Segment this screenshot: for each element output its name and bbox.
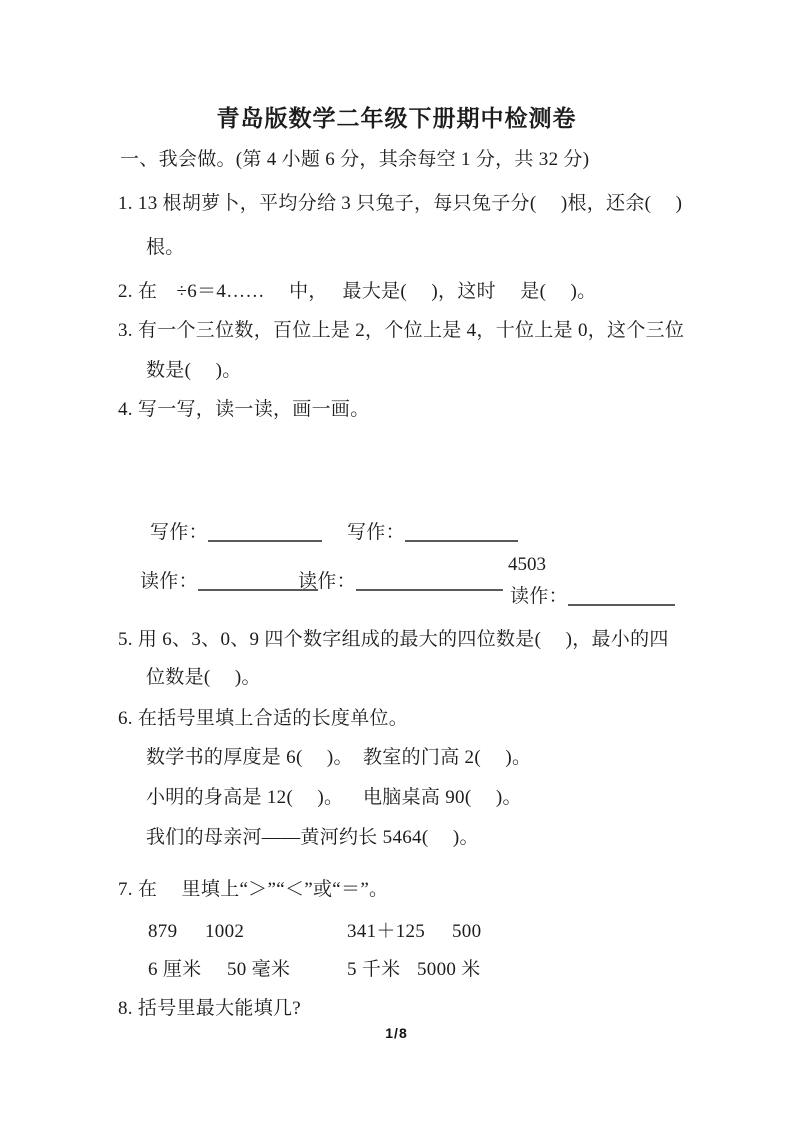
q7-compare-1002: 1002 [205,920,244,944]
q6-item-door: 教室的门高 2( )。 [363,746,531,770]
q4-write-label-2: 写作： [347,522,405,543]
q6-prompt: 6. 在括号里填上合适的长度单位。 [118,707,408,731]
q1-line2: 根。 [146,236,185,260]
q6-item-river: 我们的母亲河——黄河约长 5464( )。 [146,826,479,850]
q4-read-blank-3 [568,603,675,606]
exam-page: 青岛版数学二年级下册期中检测卷 一、我会做。(第 4 小题 6 分，其余每空 1… [0,0,793,1122]
q4-read-row-3: 读作： [510,585,675,609]
q1-line1: 1. 13 根胡萝卜，平均分给 3 只兔子，每只兔子分( )根，还余( ) [118,192,682,216]
page-title: 青岛版数学二年级下册期中检测卷 [0,100,793,133]
section-1-heading: 一、我会做。(第 4 小题 6 分，其余每空 1 分，共 32 分) [120,148,589,172]
page-number: 1/8 [0,1025,793,1041]
q4-write-label-1: 写作： [150,522,208,543]
q4-number-4503: 4503 [508,553,546,577]
q8-prompt: 8. 括号里最大能填几? [118,997,301,1021]
q7-compare-5km: 5 千米 [347,958,400,982]
q4-prompt: 4. 写一写，读一读，画一画。 [118,398,370,422]
q7-prompt: 7. 在 里填上“＞”“＜”或“＝”。 [118,878,388,902]
q4-read-label-2: 读作： [298,571,356,592]
q7-compare-341-125: 341＋125 [347,920,425,944]
q7-compare-879: 879 [148,920,177,944]
q4-write-blank-2 [405,539,518,542]
q3-line2: 数是( )。 [146,359,242,383]
q6-item-book: 数学书的厚度是 6( )。 [146,746,353,770]
q4-write-blank-1 [208,539,322,542]
q3-line1: 3. 有一个三位数，百位上是 2，个位上是 4，十位上是 0，这个三位 [118,319,684,343]
q6-item-desk: 电脑桌高 90( )。 [363,786,522,810]
q4-read-label-1: 读作： [140,571,198,592]
q7-compare-5000m: 5000 米 [417,958,481,982]
q5-line2: 位数是( )。 [146,666,261,690]
q4-write-row-1: 写作： [150,521,322,545]
q4-read-row-2: 读作： [298,570,503,594]
q7-compare-50mm: 50 毫米 [227,958,290,982]
q4-read-label-3: 读作： [510,586,568,607]
q7-compare-6cm: 6 厘米 [148,958,201,982]
q6-item-height: 小明的身高是 12( )。 [146,786,343,810]
q4-read-blank-2 [356,588,503,591]
q2-line: 2. 在 ÷6＝4…… 中， 最大是( )，这时 是( )。 [118,280,597,304]
q5-line1: 5. 用 6、3、0、9 四个数字组成的最大的四位数是( )，最小的四 [118,628,669,652]
q4-read-row-1: 读作： [140,570,318,594]
q4-write-row-2: 写作： [347,521,518,545]
q7-compare-500: 500 [452,920,481,944]
